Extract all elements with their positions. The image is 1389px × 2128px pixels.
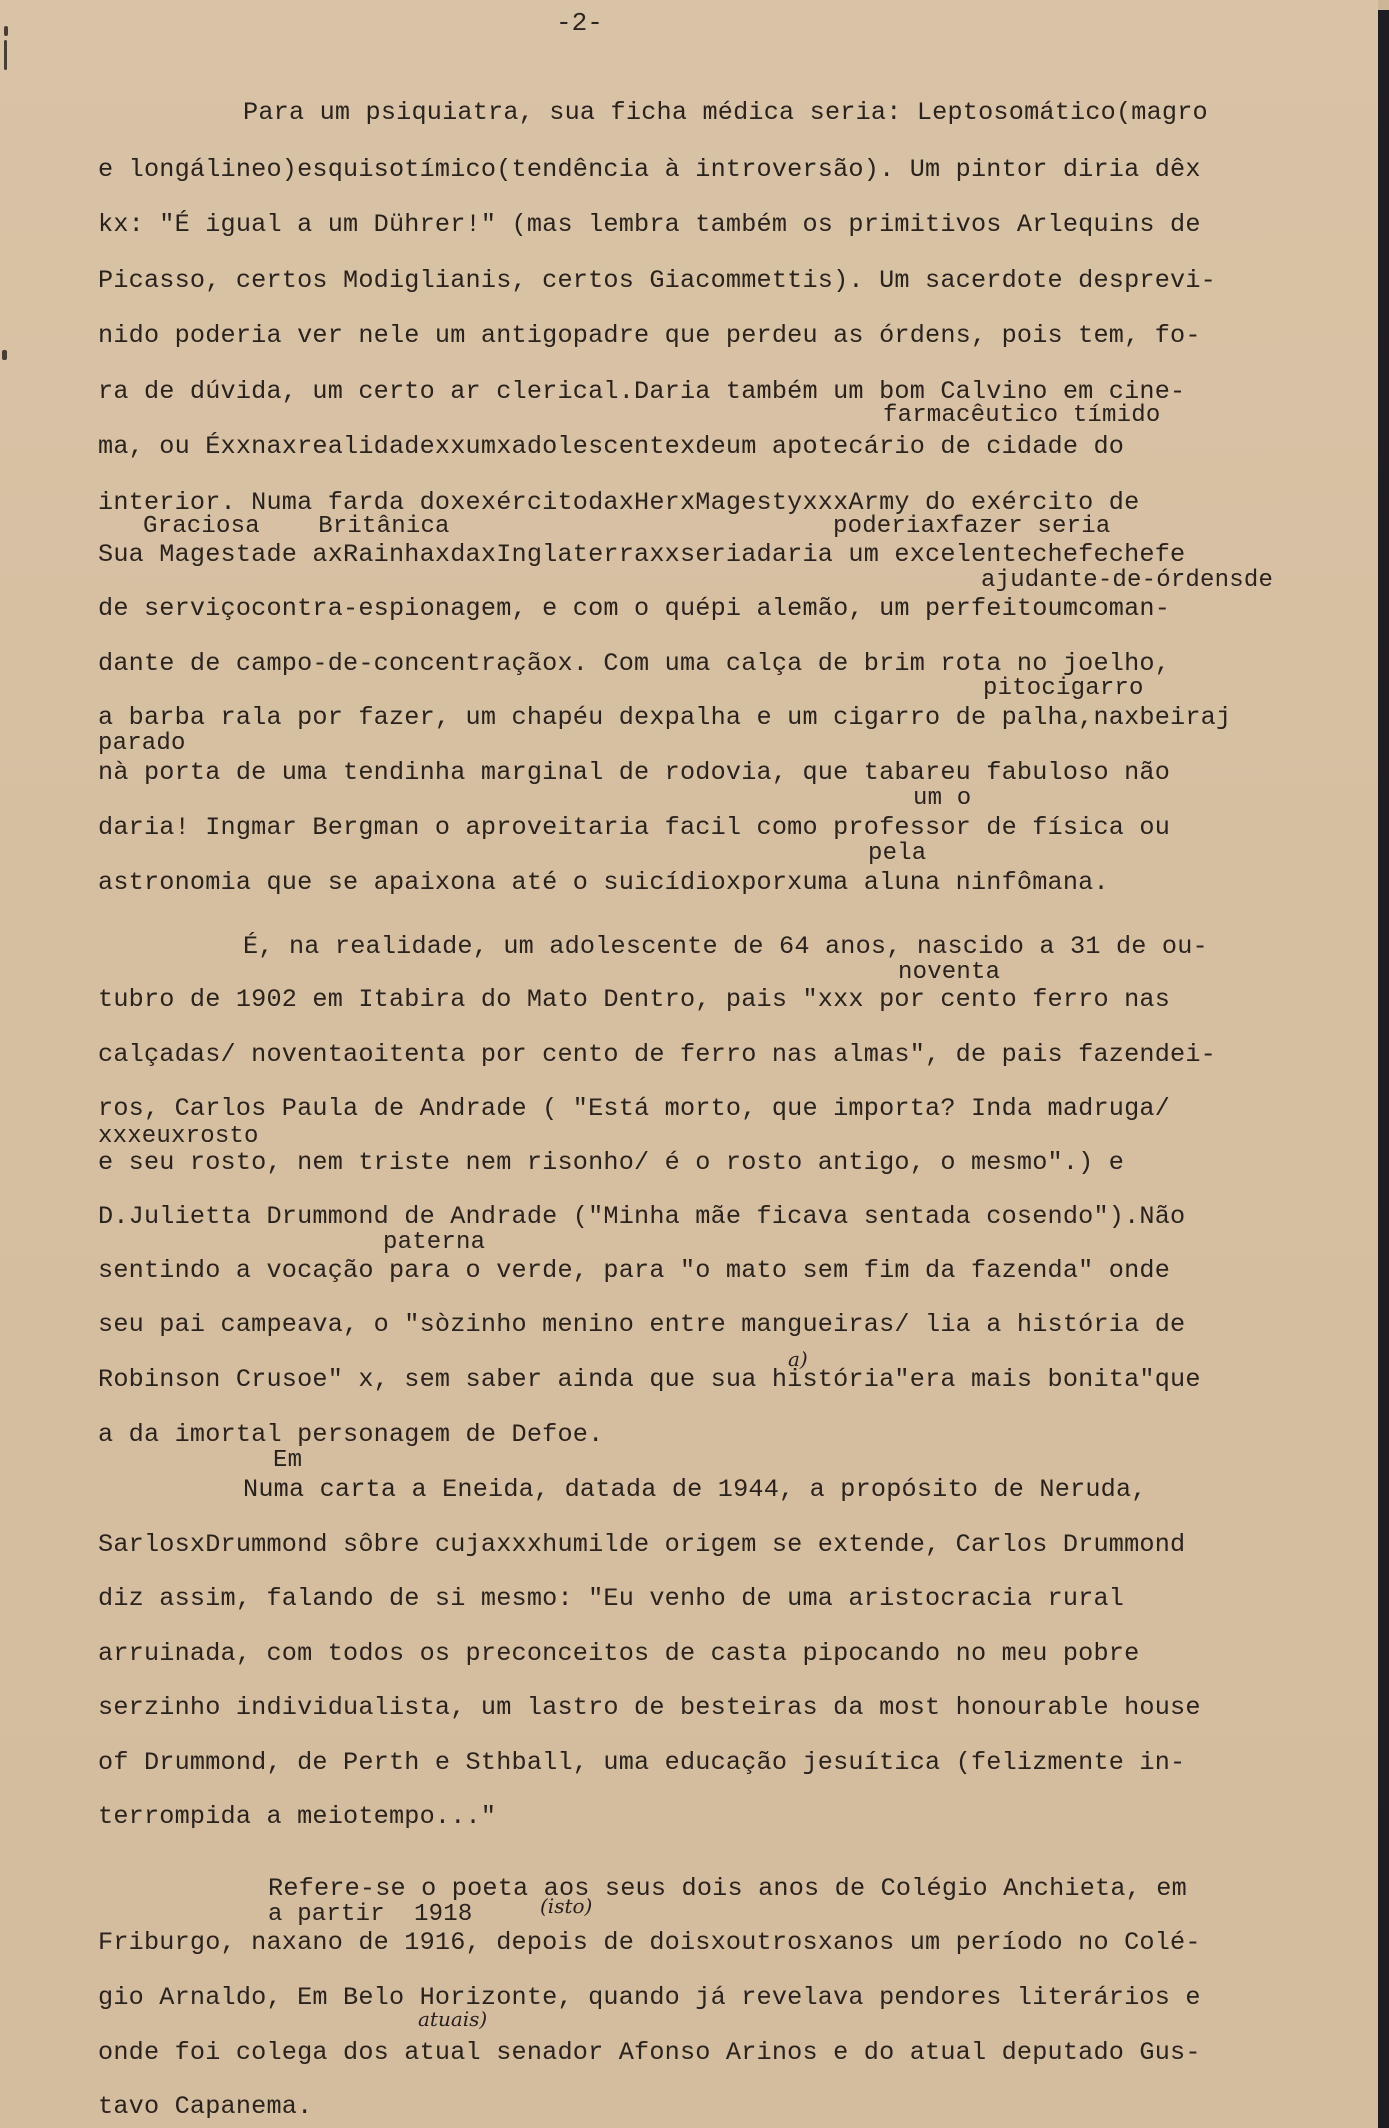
text-line: Para um psiquiatra, sua ficha médica ser… [243, 98, 1208, 127]
text-line: diz assim, falando de si mesmo: "Eu venh… [98, 1584, 1124, 1613]
interlinear-correction: farmacêutico tímido [883, 402, 1160, 429]
document-page: -2- Para um psiquiatra, sua ficha médica… [0, 0, 1378, 2128]
text-line: sentindo a vocação para o verde, para "o… [98, 1256, 1170, 1285]
text-line: SarlosxDrummond sôbre cujaxxxhumilde ori… [98, 1530, 1185, 1559]
text-line: a da imortal personagem de Defoe. [98, 1420, 603, 1449]
binding-mark [4, 26, 8, 36]
handwritten-note: (isto) [540, 1894, 592, 1918]
text-line: a barba rala por fazer, um chapéu dexpal… [98, 703, 1231, 732]
text-line: nido poderia ver nele um antigopadre que… [98, 321, 1201, 350]
text-line: Friburgo, naxano de 1916, depois de dois… [98, 1928, 1201, 1957]
text-line: ros, Carlos Paula de Andrade ( "Está mor… [98, 1094, 1170, 1123]
text-line: terrompida a meiotempo..." [98, 1802, 496, 1831]
interlinear-correction: noventa [898, 959, 1000, 986]
text-line: e seu rosto, nem triste nem risonho/ é o… [98, 1148, 1124, 1177]
handwritten-note: atuais) [418, 2007, 487, 2031]
text-line: calçadas/ noventaoitenta por cento de fe… [98, 1040, 1216, 1069]
interlinear-correction: pela [868, 840, 926, 867]
interlinear-correction: xxxeuxrosto [98, 1123, 259, 1150]
interlinear-correction: parado [98, 730, 186, 757]
interlinear-correction: poderiaxfazer seria [833, 513, 1110, 540]
text-line: of Drummond, de Perth e Sthball, uma edu… [98, 1748, 1185, 1777]
text-line: serzinho individualista, um lastro de be… [98, 1693, 1201, 1722]
text-line: astronomia que se apaixona até o suicídi… [98, 868, 1109, 897]
scan-background-strip [1378, 10, 1389, 2128]
text-line: É, na realidade, um adolescente de 64 an… [243, 932, 1208, 961]
text-line: seu pai campeava, o "sòzinho menino entr… [98, 1310, 1185, 1339]
page-number: -2- [556, 8, 603, 38]
text-line: kx: "É igual a um Dührer!" (mas lembra t… [98, 210, 1201, 239]
text-line: gio Arnaldo, Em Belo Horizonte, quando j… [98, 1983, 1201, 2012]
binding-mark [2, 350, 7, 360]
interlinear-correction: pitocigarro [983, 675, 1144, 702]
interlinear-correction: paterna [383, 1229, 485, 1256]
interlinear-correction: Graciosa Britânica [143, 513, 450, 540]
text-line: Refere-se o poeta aos seus dois anos de … [268, 1874, 1187, 1903]
text-line: Sua Magestade axRainhaxdaxInglaterraxxse… [98, 540, 1185, 569]
text-line: Robinson Crusoe" x, sem saber ainda que … [98, 1365, 1201, 1394]
interlinear-correction: a partir 1918 [268, 1901, 472, 1928]
text-line: tavo Capanema. [98, 2092, 312, 2121]
handwritten-note: a) [788, 1347, 808, 1371]
text-line: ma, ou Éxxnaxrealidadexxumxadolescentexd… [98, 432, 1124, 461]
scan-edge [1378, 0, 1389, 10]
text-line: D.Julietta Drummond de Andrade ("Minha m… [98, 1202, 1185, 1231]
text-line: tubro de 1902 em Itabira do Mato Dentro,… [98, 985, 1170, 1014]
text-line: de serviçocontra-espionagem, e com o qué… [98, 594, 1170, 623]
text-line: arruinada, com todos os preconceitos de … [98, 1639, 1139, 1668]
text-line: dante de campo-de-concentraçãox. Com uma… [98, 649, 1170, 678]
text-line: e longálineo)esquisotímico(tendência à i… [98, 155, 1201, 184]
text-line: onde foi colega dos atual senador Afonso… [98, 2038, 1201, 2067]
text-line: daria! Ingmar Bergman o aproveitaria fac… [98, 813, 1170, 842]
interlinear-correction: ajudante-de-órdensde [981, 567, 1273, 594]
interlinear-correction: Em [273, 1447, 302, 1474]
text-line: nà porta de uma tendinha marginal de rod… [98, 758, 1170, 787]
interlinear-correction: um o [913, 785, 971, 812]
text-line: Numa carta a Eneida, datada de 1944, a p… [243, 1475, 1147, 1504]
text-line: Picasso, certos Modiglianis, certos Giac… [98, 266, 1216, 295]
binding-mark [4, 40, 7, 70]
